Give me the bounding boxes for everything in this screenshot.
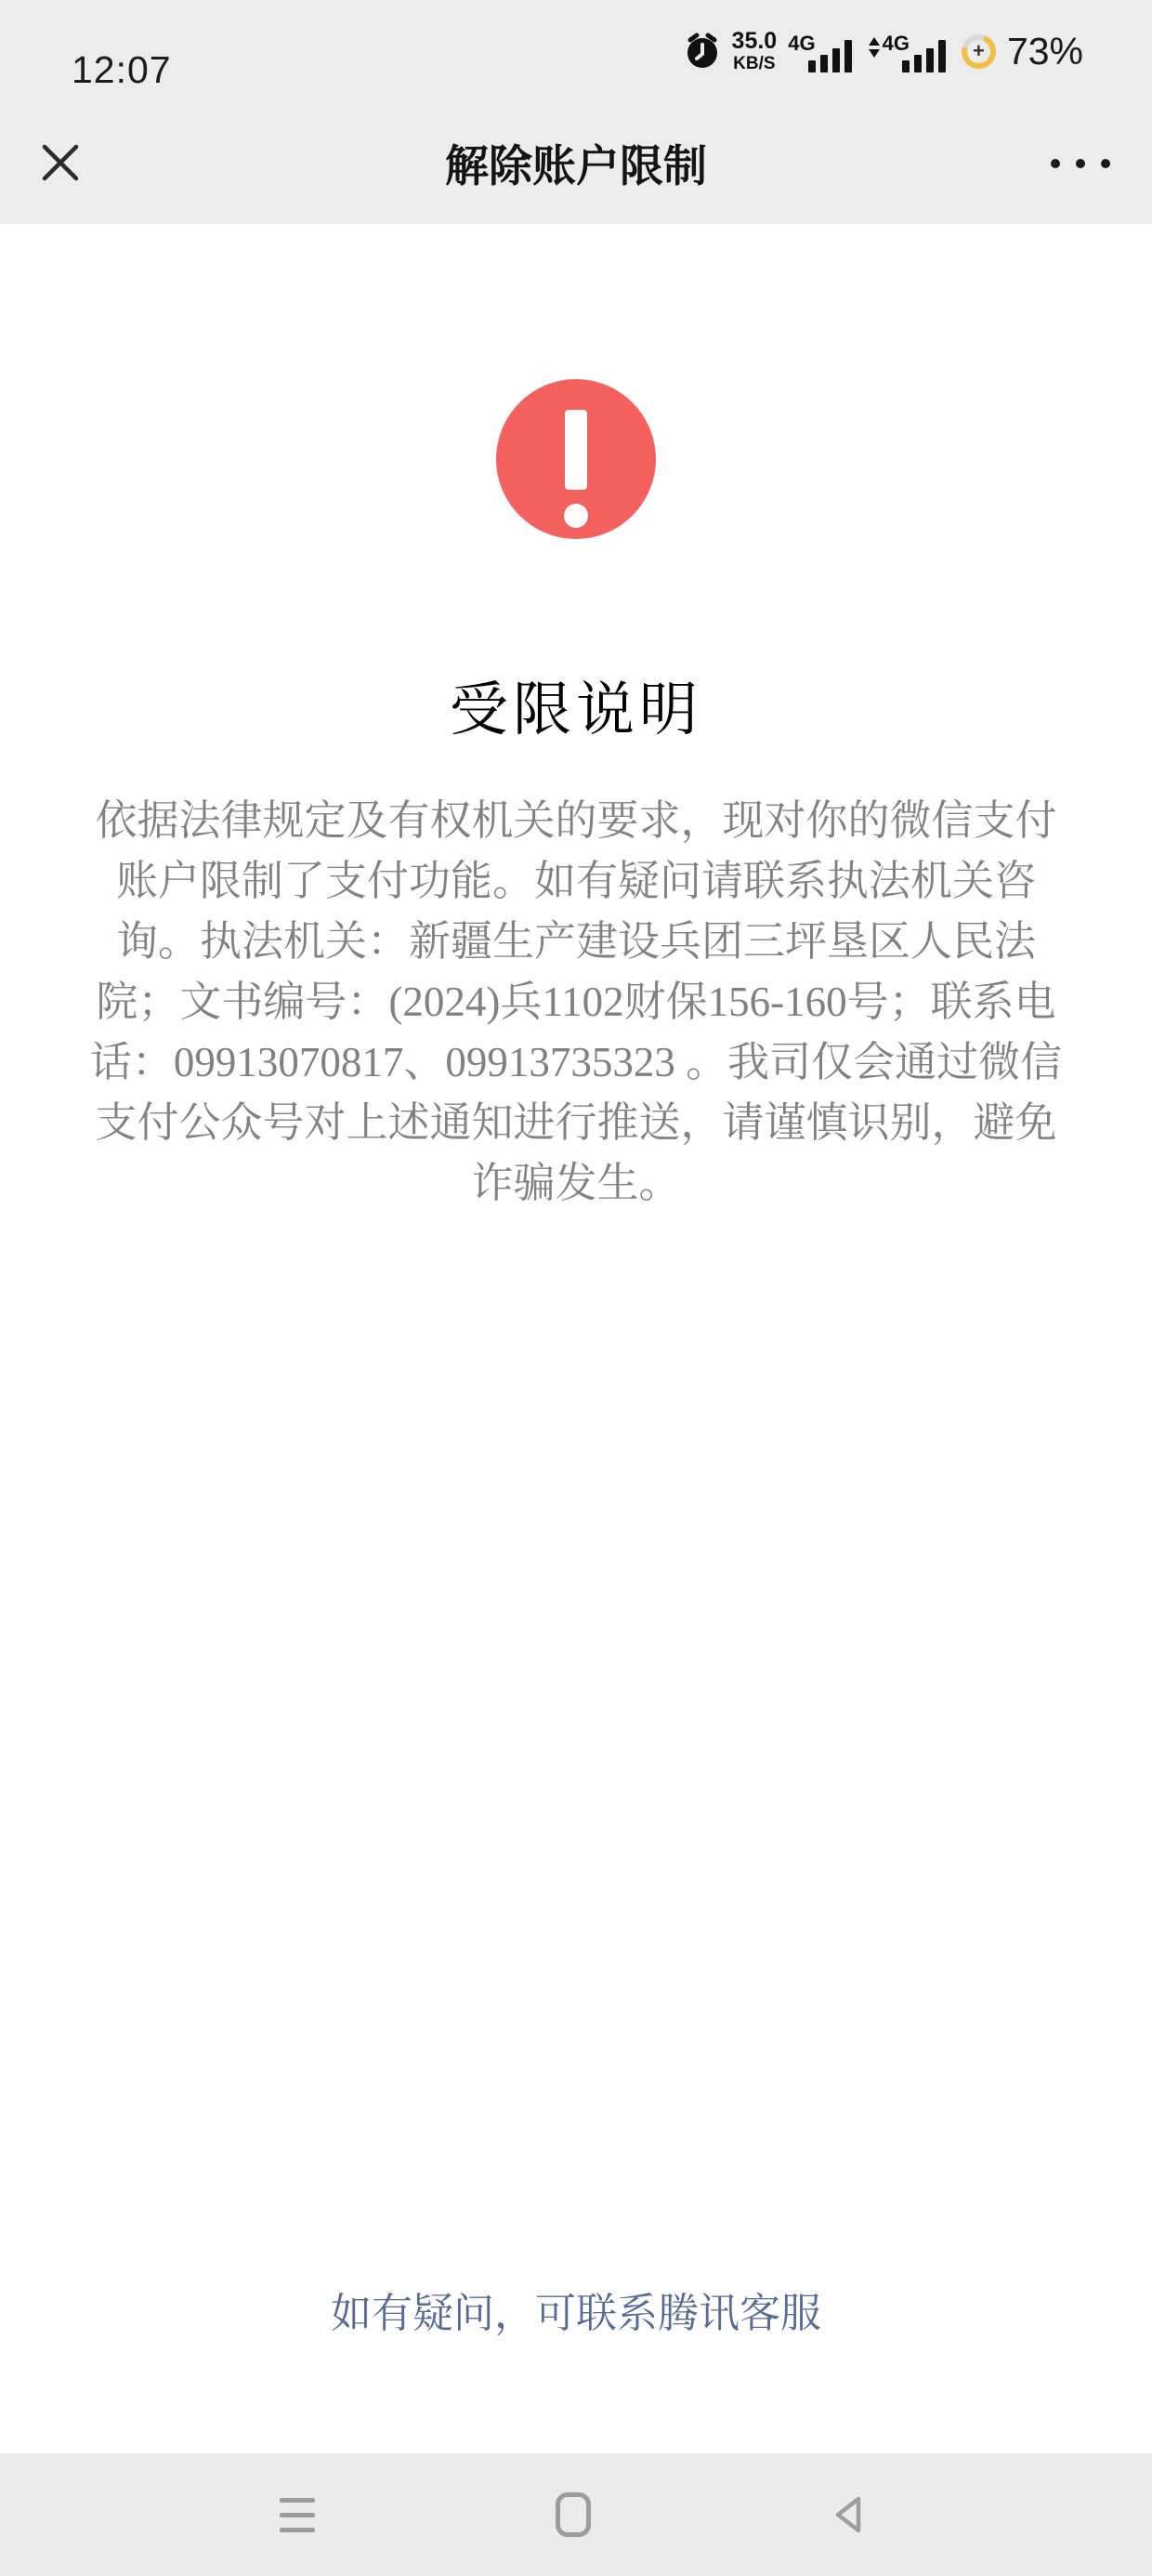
restriction-body-text: 依据法律规定及有权机关的要求，现对你的微信支付账户限制了支付功能。如有疑问请联系…: [82, 791, 1070, 1214]
more-dot: [1101, 159, 1110, 168]
phone-screen: 12:07 35.0 KB/S 4G: [0, 0, 1152, 2576]
back-button[interactable]: [830, 2494, 867, 2535]
exclamation-dot: [564, 504, 588, 528]
battery-percent: 73%: [1007, 30, 1083, 73]
status-time: 12:07: [72, 48, 172, 92]
title-bar: 解除账户限制: [0, 102, 1152, 224]
page-content: 受限说明 依据法律规定及有权机关的要求，现对你的微信支付账户限制了支付功能。如有…: [0, 224, 1152, 2453]
status-icons: 35.0 KB/S 4G: [684, 0, 1083, 102]
network-speed-value: 35.0: [732, 30, 778, 53]
exclamation-bar: [565, 410, 587, 490]
header: 12:07 35.0 KB/S 4G: [0, 0, 1152, 224]
page-title: 解除账户限制: [0, 102, 1152, 224]
android-nav-bar: [0, 2453, 1152, 2576]
sim1-network-label: 4G: [788, 33, 815, 54]
signal-sim2: 4G: [868, 30, 950, 72]
recents-menu-button[interactable]: [280, 2498, 315, 2532]
battery-charging-icon: +: [962, 34, 996, 69]
contact-support-link[interactable]: 如有疑问，可联系腾讯客服: [0, 2280, 1152, 2339]
network-speed-unit: KB/S: [733, 55, 775, 72]
alert-exclamation-icon: [496, 379, 656, 539]
home-button[interactable]: [556, 2492, 591, 2537]
menu-line: [280, 2528, 315, 2532]
alarm-clock-icon: [684, 33, 721, 70]
menu-line: [280, 2498, 315, 2503]
restriction-heading: 受限说明: [0, 663, 1152, 747]
data-transfer-arrows-icon: [868, 37, 881, 58]
sim2-network-label: 4G: [883, 33, 910, 54]
battery-plus-icon: +: [967, 40, 990, 63]
menu-line: [280, 2513, 315, 2517]
more-dot: [1051, 159, 1060, 168]
more-menu-button[interactable]: [1039, 145, 1122, 182]
status-bar: 12:07 35.0 KB/S 4G: [0, 0, 1152, 102]
network-speed: 35.0 KB/S: [732, 30, 778, 72]
more-dot: [1076, 159, 1085, 168]
signal-sim1: 4G: [788, 30, 856, 72]
